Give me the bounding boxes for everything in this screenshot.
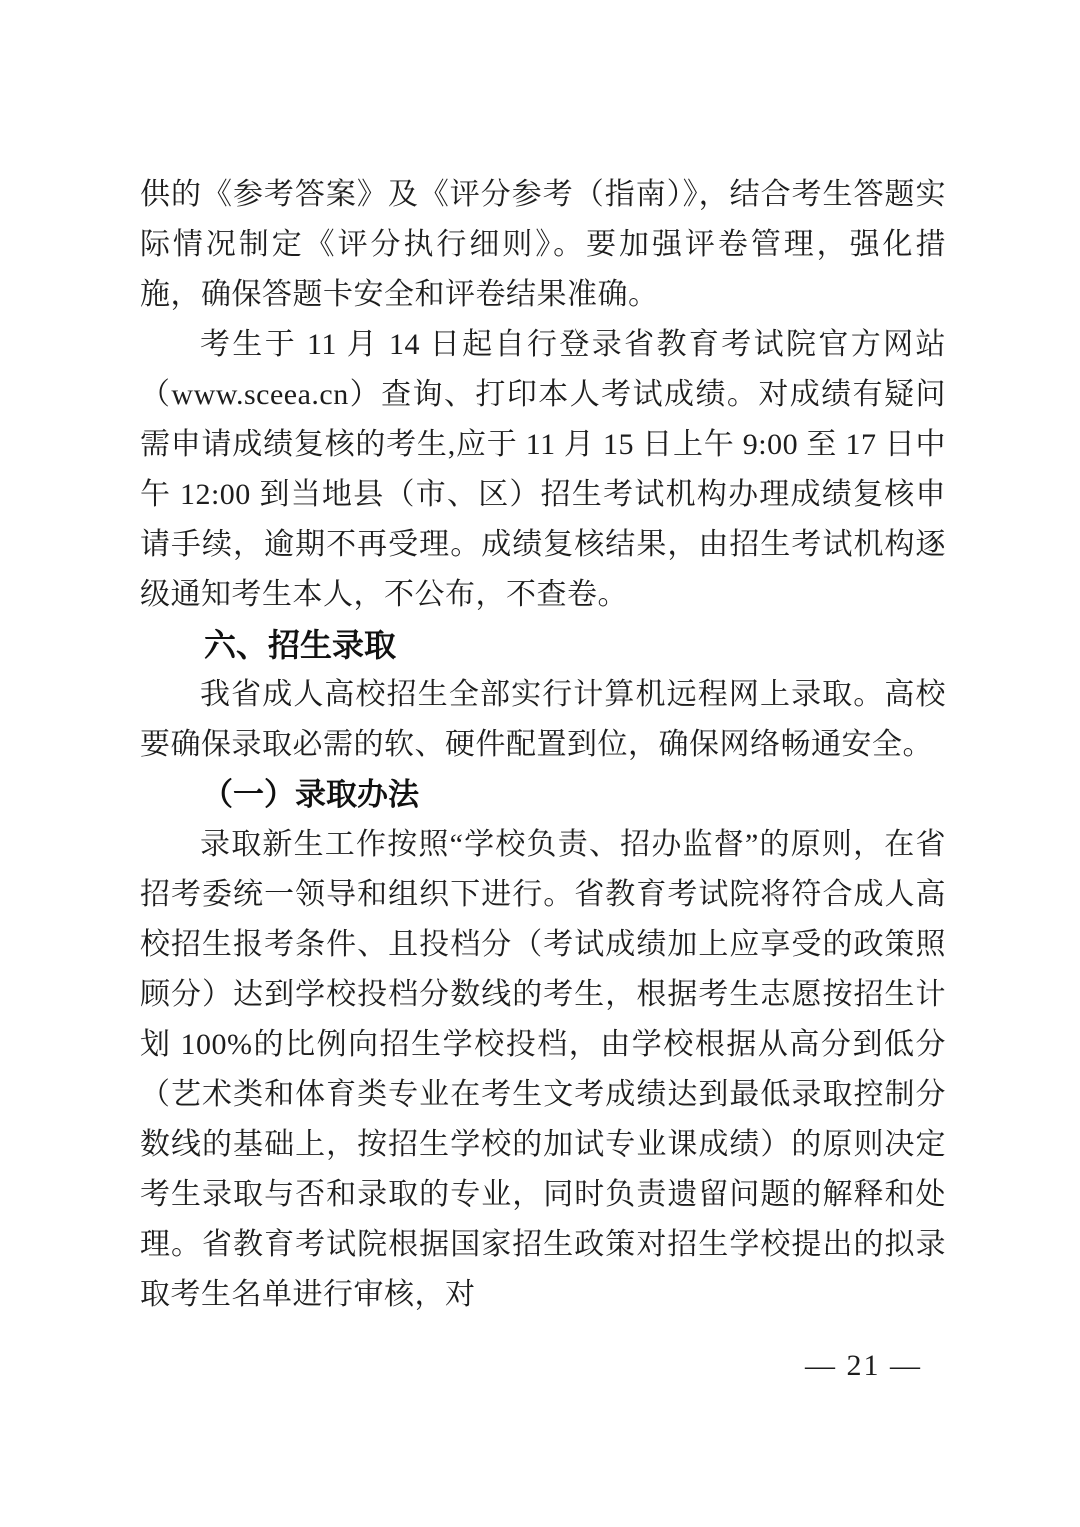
document-body: 供的《参考答案》及《评分参考（指南）》，结合考生答题实际情况制定《评分执行细则》… (140, 170, 946, 1320)
paragraph-score-check: 考生于 11 月 14 日起自行登录省教育考试院官方网站（www.sceea.c… (140, 320, 946, 620)
paragraph-online-admission: 我省成人高校招生全部实行计算机远程网上录取。高校要确保录取必需的软、硬件配置到位… (140, 670, 946, 770)
heading-admission-method: （一）录取办法 (140, 770, 946, 820)
paragraph-grading-continuation: 供的《参考答案》及《评分参考（指南）》，结合考生答题实际情况制定《评分执行细则》… (140, 170, 946, 320)
page-number: — 21 — (805, 1344, 922, 1388)
document-page: 供的《参考答案》及《评分参考（指南）》，结合考生答题实际情况制定《评分执行细则》… (0, 0, 1080, 1527)
paragraph-admission-procedure: 录取新生工作按照“学校负责、招办监督”的原则，在省招考委统一领导和组织下进行。省… (140, 820, 946, 1320)
heading-section-six-enrollment: 六、招生录取 (140, 620, 946, 670)
